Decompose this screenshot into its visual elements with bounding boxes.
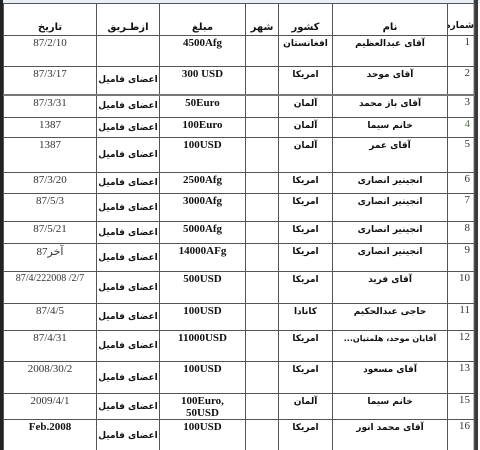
row-number: 12 <box>448 331 475 362</box>
row-number: 9 <box>448 244 475 272</box>
row-amount: 14000AFg <box>160 244 246 272</box>
row-country: امریکا <box>279 194 333 222</box>
row-via: اعضای فامیل <box>97 304 160 331</box>
header-row: شماره نام کشور شهر مبلغ ازطـريق تاريخ <box>4 4 475 36</box>
row-number: 15 <box>448 394 475 420</box>
row-number: 11 <box>448 304 475 331</box>
row-number: 7 <box>448 194 475 222</box>
row-via: اعضای فامیل <box>97 222 160 244</box>
row-date: 87/4/5 <box>4 304 97 331</box>
row-amount: 5000Afg <box>160 222 246 244</box>
row-date: 2008/30/2 <box>4 362 97 394</box>
row-name: آقای باز محمد <box>333 95 448 118</box>
row-number: 10 <box>448 272 475 304</box>
row-number: 6 <box>448 173 475 194</box>
row-date: 87/4/31 <box>4 331 97 362</box>
row-country: آلمان <box>279 138 333 173</box>
row-amount: 3000Afg <box>160 194 246 222</box>
row-name: آقای مسعود <box>333 362 448 394</box>
row-date: 87/3/20 <box>4 173 97 194</box>
row-date: 1387 <box>4 118 97 138</box>
row-city <box>246 95 279 118</box>
row-amount: 100USD <box>160 304 246 331</box>
table-row: 2 آقای موحد امریکا 300 USD اعضای فامیل 8… <box>4 67 475 95</box>
row-name: آقای موحد <box>333 67 448 95</box>
header-country: کشور <box>279 4 333 36</box>
row-city <box>246 36 279 67</box>
document-page: شماره نام کشور شهر مبلغ ازطـريق تاريخ 1 … <box>0 0 480 450</box>
row-amount: 2500Afg <box>160 173 246 194</box>
row-country: امریکا <box>279 331 333 362</box>
row-amount: 100Euro, 50USD <box>160 394 246 420</box>
row-amount: 100USD <box>160 138 246 173</box>
table-row: 16 آقای محمد انور امریکا 100USD اعضای فا… <box>4 420 475 450</box>
row-city <box>246 244 279 272</box>
table-row: 6 انجینیر انصاری امریکا 2500Afg اعضای فا… <box>4 173 475 194</box>
row-country: آلمان <box>279 118 333 138</box>
row-via: اعضای فامیل <box>97 362 160 394</box>
row-city <box>246 67 279 95</box>
table-row: 1 آقای عبدالعظیم افغانستان 4500Afg 87/2/… <box>4 36 475 67</box>
row-via: اعضای فامیل <box>97 95 160 118</box>
row-date: 87/3/31 <box>4 95 97 118</box>
row-name: آقایان موحد، هلمتیان... <box>333 331 448 362</box>
row-name: انجینیر انصاری <box>333 244 448 272</box>
row-amount: 100USD <box>160 362 246 394</box>
header-number: شماره <box>448 4 475 36</box>
row-city <box>246 331 279 362</box>
row-via: اعضای فامیل <box>97 394 160 420</box>
row-number: 1 <box>448 36 475 67</box>
row-country: امریکا <box>279 222 333 244</box>
row-name: آقای عمر <box>333 138 448 173</box>
row-amount: 4500Afg <box>160 36 246 67</box>
header-date: تاريخ <box>4 4 97 36</box>
row-via: اعضای فامیل <box>97 420 160 450</box>
row-city <box>246 194 279 222</box>
row-number: 5 <box>448 138 475 173</box>
row-name: آقای فرید <box>333 272 448 304</box>
row-city <box>246 272 279 304</box>
row-date: آخر87 <box>4 244 97 272</box>
row-date: 87/5/3 <box>4 194 97 222</box>
row-name: حاجی عبدالحکیم <box>333 304 448 331</box>
row-name: آقای محمد انور <box>333 420 448 450</box>
row-country: امریکا <box>279 272 333 304</box>
row-country: امریکا <box>279 244 333 272</box>
table-row: 10 آقای فرید امریکا 500USD اعضای فامیل 8… <box>4 272 475 304</box>
row-number: 16 <box>448 420 475 450</box>
row-name: خانم سیما <box>333 118 448 138</box>
header-amount: مبلغ <box>160 4 246 36</box>
row-amount: 100Euro <box>160 118 246 138</box>
row-country: آلمان <box>279 95 333 118</box>
row-amount: 11000USD <box>160 331 246 362</box>
row-date: 87/3/17 <box>4 67 97 95</box>
row-country: افغانستان <box>279 36 333 67</box>
row-city <box>246 362 279 394</box>
row-date: 87/2/10 <box>4 36 97 67</box>
row-date: 2009/4/1 <box>4 394 97 420</box>
row-country: امریکا <box>279 67 333 95</box>
row-amount: 500USD <box>160 272 246 304</box>
row-date: 1387 <box>4 138 97 173</box>
row-city <box>246 394 279 420</box>
table-row: 8 انجینیر انصاری امریکا 5000Afg اعضای فا… <box>4 222 475 244</box>
row-number: 2 <box>448 67 475 95</box>
row-amount: 50Euro <box>160 95 246 118</box>
row-country: کانادا <box>279 304 333 331</box>
row-number: 4 <box>448 118 475 138</box>
row-name: انجینیر انصاری <box>333 173 448 194</box>
table-row: 5 آقای عمر آلمان 100USD اعضای فامیل 1387 <box>4 138 475 173</box>
row-city <box>246 420 279 450</box>
remittance-table: شماره نام کشور شهر مبلغ ازطـريق تاريخ 1 … <box>3 3 475 450</box>
header-name: نام <box>333 4 448 36</box>
row-via: اعضای فامیل <box>97 67 160 95</box>
row-name: خانم سیما <box>333 394 448 420</box>
row-number: 8 <box>448 222 475 244</box>
row-via: اعضای فامیل <box>97 118 160 138</box>
table-row: 9 انجینیر انصاری امریکا 14000AFg اعضای ف… <box>4 244 475 272</box>
row-via: اعضای فامیل <box>97 194 160 222</box>
row-country: امریکا <box>279 420 333 450</box>
row-name: انجینیر انصاری <box>333 222 448 244</box>
table-row: 3 آقای باز محمد آلمان 50Euro اعضای فامیل… <box>4 95 475 118</box>
row-number: 13 <box>448 362 475 394</box>
table-row: 13 آقای مسعود امریکا 100USD اعضای فامیل … <box>4 362 475 394</box>
row-via: اعضای فامیل <box>97 331 160 362</box>
row-country: امریکا <box>279 173 333 194</box>
table-row: 11 حاجی عبدالحکیم کانادا 100USD اعضای فا… <box>4 304 475 331</box>
row-city <box>246 173 279 194</box>
row-city <box>246 304 279 331</box>
row-amount: 300 USD <box>160 67 246 95</box>
row-city <box>246 118 279 138</box>
header-via: ازطـريق <box>97 4 160 36</box>
row-via: اعضای فامیل <box>97 244 160 272</box>
table-row: 4 خانم سیما آلمان 100Euro اعضای فامیل 13… <box>4 118 475 138</box>
row-via: اعضای فامیل <box>97 138 160 173</box>
table-row: 12 آقایان موحد، هلمتیان... امریکا 11000U… <box>4 331 475 362</box>
row-date: 87/5/21 <box>4 222 97 244</box>
row-country: امریکا <box>279 362 333 394</box>
row-number: 3 <box>448 95 475 118</box>
row-via: اعضای فامیل <box>97 272 160 304</box>
row-via: اعضای فامیل <box>97 173 160 194</box>
header-city: شهر <box>246 4 279 36</box>
row-country: آلمان <box>279 394 333 420</box>
row-amount: 100USD <box>160 420 246 450</box>
table-row: 15 خانم سیما آلمان 100Euro, 50USD اعضای … <box>4 394 475 420</box>
row-date: 87/4/222008 /2/7 <box>4 272 97 304</box>
row-city <box>246 138 279 173</box>
table-row: 7 انجینیر انصاری امریکا 3000Afg اعضای فا… <box>4 194 475 222</box>
row-via <box>97 36 160 67</box>
row-date: Feb.2008 <box>4 420 97 450</box>
row-name: انجینیر انصاری <box>333 194 448 222</box>
row-name: آقای عبدالعظیم <box>333 36 448 67</box>
row-city <box>246 222 279 244</box>
